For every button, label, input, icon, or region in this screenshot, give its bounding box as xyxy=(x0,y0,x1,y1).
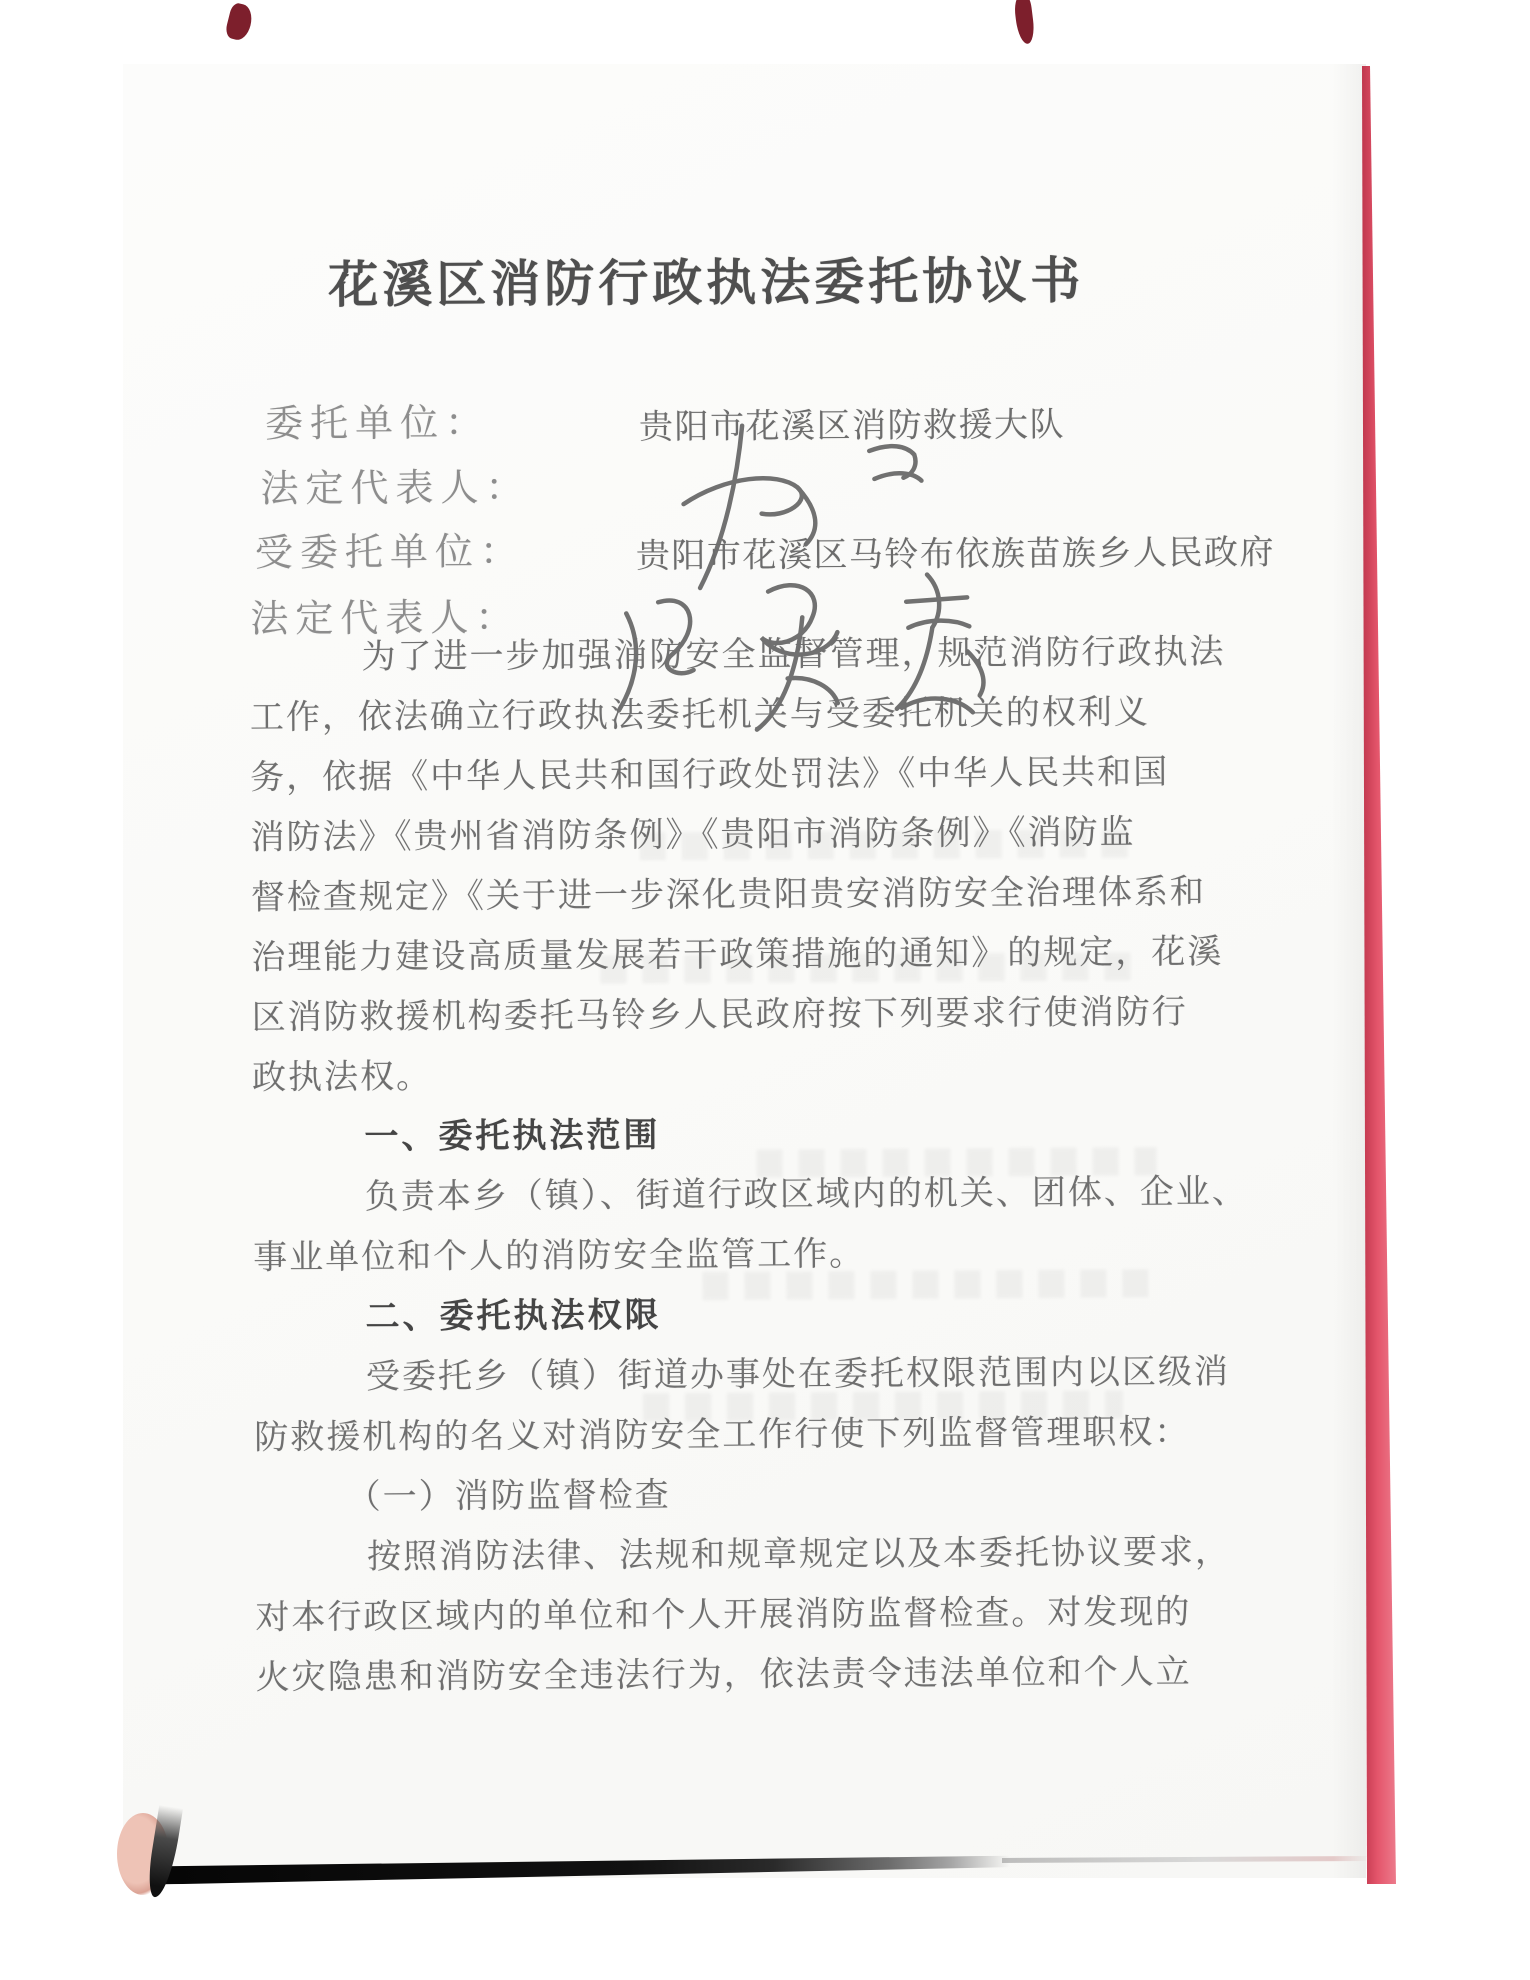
field-label-legal-representative-1: 法定代表人： xyxy=(260,456,530,513)
subsection-heading-inspection: （一）消防监督检查 xyxy=(254,1463,1194,1529)
ink-bleedthrough xyxy=(702,1269,1157,1300)
ink-bleedthrough xyxy=(757,1147,1157,1177)
body-line: 督检查规定》《关于进一步深化贵阳贵安消防安全治理体系和 xyxy=(251,863,1191,929)
field-label-delegating-unit: 委托单位： xyxy=(265,391,490,447)
ink-bleedthrough xyxy=(640,829,1140,860)
body-line: 按照消防法律、法规和规章规定以及本委托协议要求， xyxy=(255,1523,1195,1589)
body-line: 工作，依法确立行政执法委托机关与受委托机关的权利义 xyxy=(250,683,1190,749)
body-line: 区消防救援机构委托马铃乡人民政府按下列要求行使消防行 xyxy=(252,983,1192,1049)
document-title: 花溪区消防行政执法委托协议书 xyxy=(146,240,1266,319)
ink-bleedthrough xyxy=(600,952,1145,983)
field-label-delegated-unit: 受委托单位： xyxy=(255,520,525,577)
body-line: 政执法权。 xyxy=(252,1043,1192,1109)
document-content: 花溪区消防行政执法委托协议书 委托单位： 贵阳市花溪区消防救援大队 法定代表人：… xyxy=(0,0,1530,1980)
body-line: 对本行政区域内的单位和个人开展消防监督检查。对发现的 xyxy=(255,1583,1195,1649)
body-line: 火灾隐患和消防安全违法行为，依法责令违法单位和个人立 xyxy=(256,1643,1196,1709)
scanned-photo-background: 花溪区消防行政执法委托协议书 委托单位： 贵阳市花溪区消防救援大队 法定代表人：… xyxy=(0,0,1530,1980)
ink-bleedthrough xyxy=(643,1390,1123,1421)
body-line: 务，依据《中华人民共和国行政处罚法》《中华人民共和国 xyxy=(250,743,1190,809)
body-line: 为了进一步加强消防安全监督管理，规范消防行政执法 xyxy=(249,623,1189,689)
